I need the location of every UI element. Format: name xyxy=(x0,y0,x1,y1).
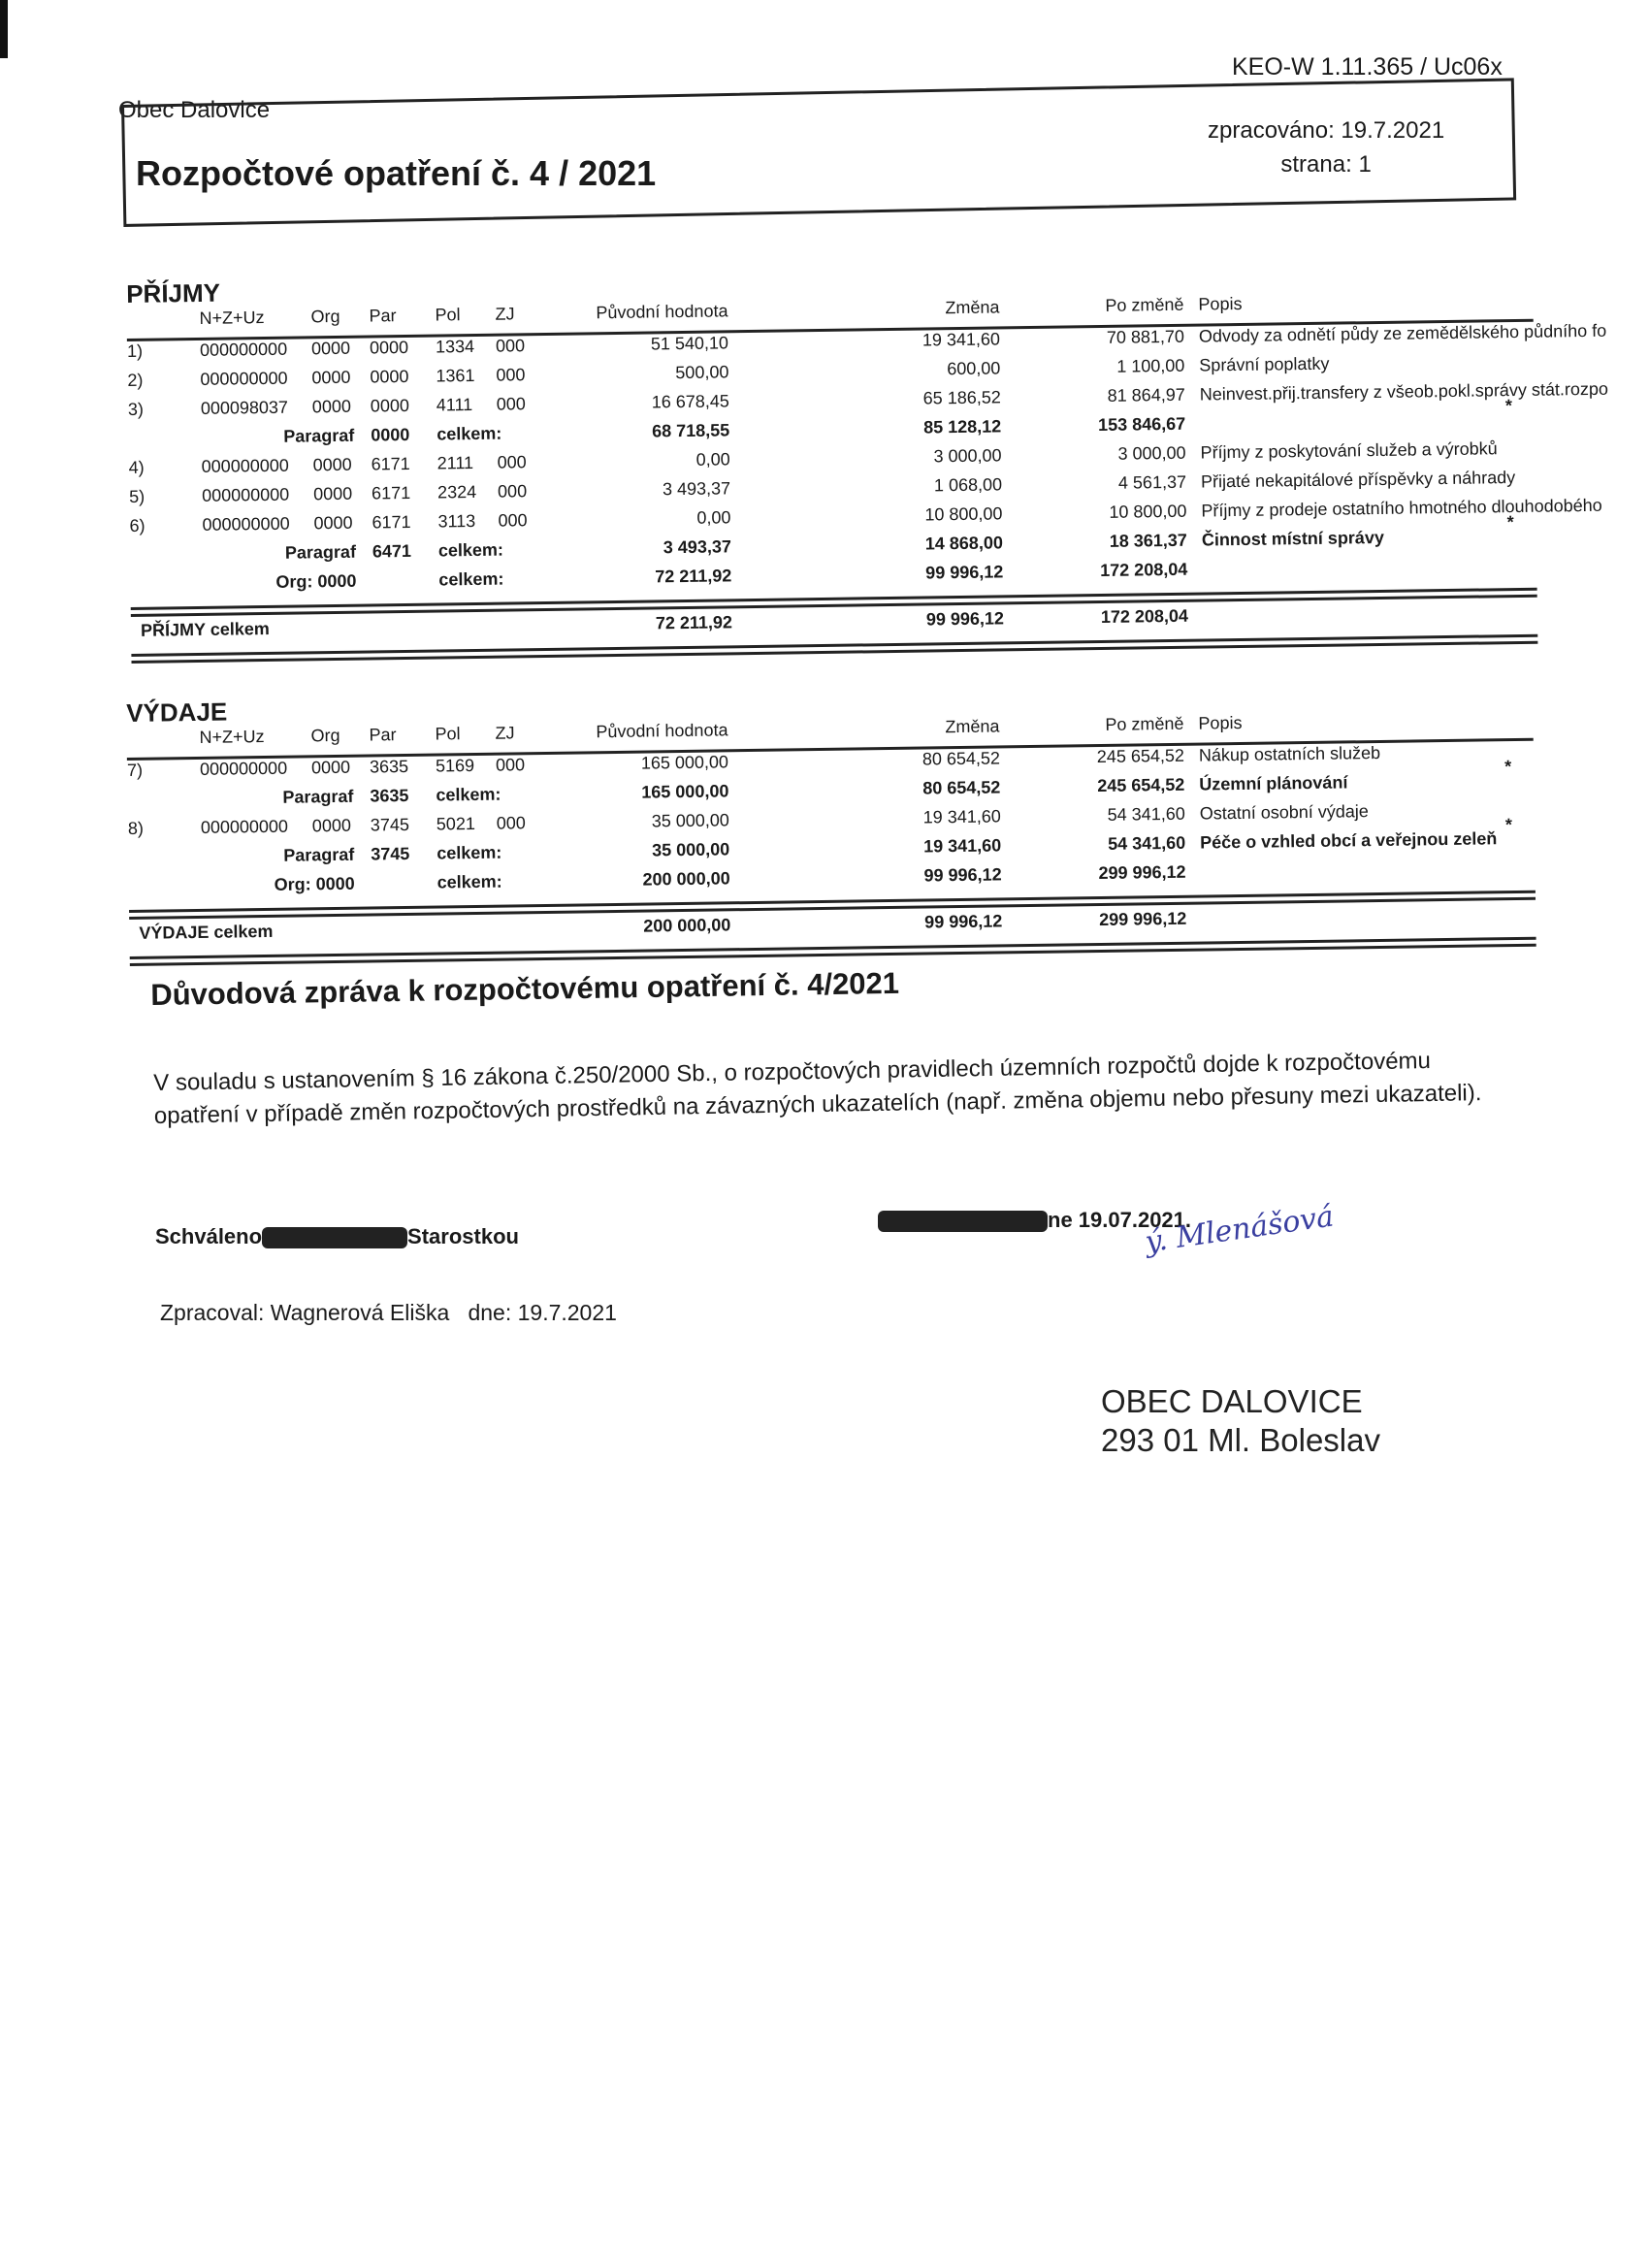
cell-nzu: 000000000 xyxy=(201,817,288,838)
cell-original: 3 493,37 xyxy=(536,478,730,502)
marker-asterisk: * xyxy=(1505,815,1512,835)
grand-total-label: PŘÍJMY celkem xyxy=(141,619,270,641)
org-total-suffix: celkem: xyxy=(438,569,503,591)
cell-original: 0,00 xyxy=(536,449,730,472)
cell-org: 0000 xyxy=(312,397,351,418)
org-total-suffix: celkem: xyxy=(437,872,502,893)
report-title: Důvodová zpráva k rozpočtovému opatření … xyxy=(150,966,899,1013)
subtotal-change: 14 868,00 xyxy=(809,533,1003,556)
grand-total-after: 299 996,12 xyxy=(1002,909,1186,932)
cell-par: 3745 xyxy=(371,815,409,836)
cell-pol: 1361 xyxy=(436,366,474,387)
processed-by-date: dne: 19.7.2021 xyxy=(468,1300,616,1325)
column-header-zj: ZJ xyxy=(495,723,514,743)
column-header-change: Změna xyxy=(805,297,999,320)
subtotal-suffix: celkem: xyxy=(436,785,501,806)
cell-original: 35 000,00 xyxy=(535,810,729,833)
org-total-label: Org: 0000 xyxy=(275,571,356,593)
subtotal-code: 3635 xyxy=(370,786,408,807)
cell-org: 0000 xyxy=(312,816,351,837)
report-text: V souladu s ustanovením § 16 zákona č.25… xyxy=(153,1044,1512,1133)
cell-pol: 2111 xyxy=(437,453,474,474)
approved-prefix: Schváleno xyxy=(155,1224,262,1248)
row-index: 7) xyxy=(127,761,143,781)
column-header-par: Par xyxy=(369,725,396,745)
org-total-after: 172 208,04 xyxy=(1003,560,1187,583)
cell-par: 0000 xyxy=(370,338,408,359)
row-index: 2) xyxy=(127,371,143,391)
cell-after: 70 881,70 xyxy=(1000,327,1184,350)
column-header-change: Změna xyxy=(805,716,999,739)
column-header-description: Popis xyxy=(1198,713,1242,734)
cell-zj: 000 xyxy=(496,365,525,385)
cell-change: 19 341,60 xyxy=(806,329,1000,352)
grand-total-change: 99 996,12 xyxy=(808,911,1002,934)
marker-asterisk: * xyxy=(1505,396,1512,416)
grand-total-change: 99 996,12 xyxy=(810,608,1004,632)
org-total-after: 299 996,12 xyxy=(1001,862,1185,886)
column-header-original: Původní hodnota xyxy=(533,720,727,743)
page-label: strana: xyxy=(1280,151,1351,178)
cell-par: 6171 xyxy=(372,454,410,475)
column-header-after: Po změně xyxy=(999,295,1183,318)
grand-total-label: VÝDAJE celkem xyxy=(139,922,273,944)
org-total-label: Org: 0000 xyxy=(275,874,355,895)
processed-by: Zpracoval: Wagnerová Eliška xyxy=(160,1300,449,1325)
cell-after: 1 100,00 xyxy=(1000,356,1184,379)
cell-nzu: 000000000 xyxy=(202,485,289,506)
approved-suffix: Starostkou xyxy=(407,1224,519,1248)
marker-asterisk: * xyxy=(1506,512,1513,533)
row-index: 6) xyxy=(129,516,145,536)
subtotal-label: Paragraf xyxy=(285,542,356,564)
cell-nzu: 000000000 xyxy=(202,456,289,477)
cell-description: Přijaté nekapitálové příspěvky a náhrady xyxy=(1201,468,1515,493)
cell-change: 65 186,52 xyxy=(807,387,1001,410)
cell-zj: 000 xyxy=(496,755,525,775)
cell-description: Ostatní osobní výdaje xyxy=(1200,801,1369,824)
cell-description: Nákup ostatních služeb xyxy=(1199,743,1380,766)
row-index: 5) xyxy=(129,487,145,507)
cell-zj: 000 xyxy=(496,336,525,356)
cell-org: 0000 xyxy=(313,455,352,476)
subtotal-change: 19 341,60 xyxy=(807,835,1001,859)
subtotal-original: 35 000,00 xyxy=(535,839,729,862)
subtotal-description: Péče o vzhled obcí a veřejnou zeleň xyxy=(1200,828,1497,853)
marker-asterisk: * xyxy=(1504,757,1511,777)
subtotal-label: Paragraf xyxy=(283,426,354,447)
cell-after: 245 654,52 xyxy=(1000,746,1184,769)
cell-org: 0000 xyxy=(313,513,352,535)
processed-by-line: Zpracoval: Wagnerová Eliška dne: 19.7.20… xyxy=(160,1300,617,1326)
column-header-pol: Pol xyxy=(435,724,460,744)
cell-description: Neinvest.přij.transfery z všeob.pokl.spr… xyxy=(1200,379,1608,405)
subtotal-original: 165 000,00 xyxy=(534,781,728,804)
subtotal-code: 6471 xyxy=(372,541,411,563)
cell-after: 10 800,00 xyxy=(1002,502,1186,525)
cell-change: 1 068,00 xyxy=(808,474,1002,498)
cell-par: 6171 xyxy=(372,512,410,534)
subtotal-suffix: celkem: xyxy=(436,424,501,445)
grand-total-original: 72 211,92 xyxy=(538,612,732,635)
cell-pol: 2324 xyxy=(437,482,476,503)
cell-after: 54 341,60 xyxy=(1001,804,1185,827)
subtotal-original: 68 718,55 xyxy=(535,420,729,443)
subtotal-after: 18 361,37 xyxy=(1003,531,1187,554)
column-header-description: Popis xyxy=(1198,294,1242,315)
cell-par: 6171 xyxy=(372,483,410,504)
cell-change: 3 000,00 xyxy=(808,445,1002,469)
cell-original: 51 540,10 xyxy=(534,333,728,356)
org-total-change: 99 996,12 xyxy=(809,562,1003,585)
cell-after: 81 864,97 xyxy=(1001,385,1185,408)
cell-nzu: 000000000 xyxy=(200,340,287,361)
cell-nzu: 000000000 xyxy=(200,369,287,390)
row-index: 8) xyxy=(128,819,144,839)
cell-description: Odvody za odnětí půdy ze zemědělského pů… xyxy=(1199,321,1607,347)
column-header-par: Par xyxy=(369,306,396,326)
org-total-change: 99 996,12 xyxy=(808,864,1002,888)
row-index: 1) xyxy=(127,341,143,362)
cell-par: 0000 xyxy=(370,367,408,388)
org-total-original: 72 211,92 xyxy=(537,566,731,589)
cell-zj: 000 xyxy=(498,481,527,502)
approval-line: SchválenoStarostkou xyxy=(155,1224,519,1249)
cell-original: 0,00 xyxy=(536,507,730,531)
subtotal-original: 3 493,37 xyxy=(537,536,731,560)
stamp-line-2: 293 01 Ml. Boleslav xyxy=(1101,1421,1380,1460)
stamp-line-1: OBEC DALOVICE xyxy=(1101,1382,1380,1421)
official-stamp: OBEC DALOVICE 293 01 Ml. Boleslav xyxy=(1101,1382,1380,1459)
document-meta: zpracováno: 19.7.2021 strana: 1 xyxy=(1208,114,1444,182)
cell-org: 0000 xyxy=(313,484,352,505)
subtotal-code: 3745 xyxy=(371,844,409,865)
cell-change: 80 654,52 xyxy=(806,748,1000,771)
cell-pol: 3113 xyxy=(437,511,475,533)
cell-original: 16 678,45 xyxy=(535,391,729,414)
subtotal-label: Paragraf xyxy=(283,845,354,866)
subtotal-label: Paragraf xyxy=(282,787,353,808)
cell-change: 19 341,60 xyxy=(807,806,1001,829)
org-total-original: 200 000,00 xyxy=(536,868,730,891)
cell-pol: 5169 xyxy=(436,756,474,777)
cell-change: 10 800,00 xyxy=(808,503,1002,527)
cell-par: 3635 xyxy=(370,757,408,778)
column-header-pol: Pol xyxy=(435,305,460,325)
subtotal-change: 80 654,52 xyxy=(806,777,1000,800)
cell-zj: 000 xyxy=(498,452,527,472)
subtotal-suffix: celkem: xyxy=(436,843,501,864)
cell-org: 0000 xyxy=(311,758,350,779)
cell-original: 165 000,00 xyxy=(534,752,728,775)
column-header-original: Původní hodnota xyxy=(533,301,727,324)
subtotal-code: 0000 xyxy=(371,425,409,446)
processed-label: zpracováno: xyxy=(1208,117,1335,144)
cell-pol: 5021 xyxy=(436,814,475,835)
scan-edge-mark xyxy=(0,0,8,58)
row-index: 4) xyxy=(129,458,145,478)
subtotal-change: 85 128,12 xyxy=(807,416,1001,439)
software-version: KEO-W 1.11.365 / Uc06x xyxy=(1232,53,1503,81)
cell-description: Správní poplatky xyxy=(1199,354,1329,376)
cell-description: Příjmy z prodeje ostatního hmotného dlou… xyxy=(1201,496,1602,522)
column-header-after: Po změně xyxy=(999,714,1183,737)
row-index: 3) xyxy=(128,400,144,420)
column-header-nzu: N+Z+Uz xyxy=(199,727,264,748)
column-header-nzu: N+Z+Uz xyxy=(199,308,264,329)
column-header-org: Org xyxy=(310,307,339,327)
redaction-mark xyxy=(878,1211,1048,1232)
prijmy-table: PŘÍJMYN+Z+UzOrgParPolZJPůvodní hodnotaZm… xyxy=(126,260,1537,667)
cell-nzu: 000000000 xyxy=(200,759,287,780)
grand-total-original: 200 000,00 xyxy=(536,915,730,938)
subtotal-after: 245 654,52 xyxy=(1000,775,1184,798)
cell-org: 0000 xyxy=(311,368,350,389)
processed-date: 19.7.2021 xyxy=(1341,117,1444,144)
cell-pol: 1334 xyxy=(436,337,474,358)
cell-zj: 000 xyxy=(497,813,526,833)
document-title: Rozpočtové opatření č. 4 / 2021 xyxy=(136,153,656,194)
cell-org: 0000 xyxy=(311,339,350,360)
cell-after: 4 561,37 xyxy=(1002,472,1186,496)
cell-original: 500,00 xyxy=(534,362,728,385)
cell-zj: 000 xyxy=(497,394,526,414)
subtotal-description: Územní plánování xyxy=(1199,772,1347,794)
cell-nzu: 000098037 xyxy=(201,398,288,419)
subtotal-after: 54 341,60 xyxy=(1001,833,1185,857)
cell-description: Příjmy z poskytování služeb a výrobků xyxy=(1200,438,1497,463)
subtotal-after: 153 846,67 xyxy=(1001,414,1185,437)
cell-pol: 4111 xyxy=(436,395,473,416)
cell-nzu: 000000000 xyxy=(202,514,289,535)
redaction-mark xyxy=(262,1227,407,1248)
cell-zj: 000 xyxy=(498,510,527,531)
vydaje-table: VÝDAJEN+Z+UzOrgParPolZJPůvodní hodnotaZm… xyxy=(126,679,1536,970)
grand-total-after: 172 208,04 xyxy=(1004,606,1188,630)
column-header-org: Org xyxy=(310,726,339,746)
cell-after: 3 000,00 xyxy=(1001,443,1185,467)
cell-par: 0000 xyxy=(371,396,409,417)
page-number: 1 xyxy=(1358,151,1371,178)
subtotal-suffix: celkem: xyxy=(438,540,503,562)
cell-change: 600,00 xyxy=(806,358,1000,381)
column-header-zj: ZJ xyxy=(495,304,514,324)
subtotal-description: Činnost místní správy xyxy=(1202,528,1384,551)
